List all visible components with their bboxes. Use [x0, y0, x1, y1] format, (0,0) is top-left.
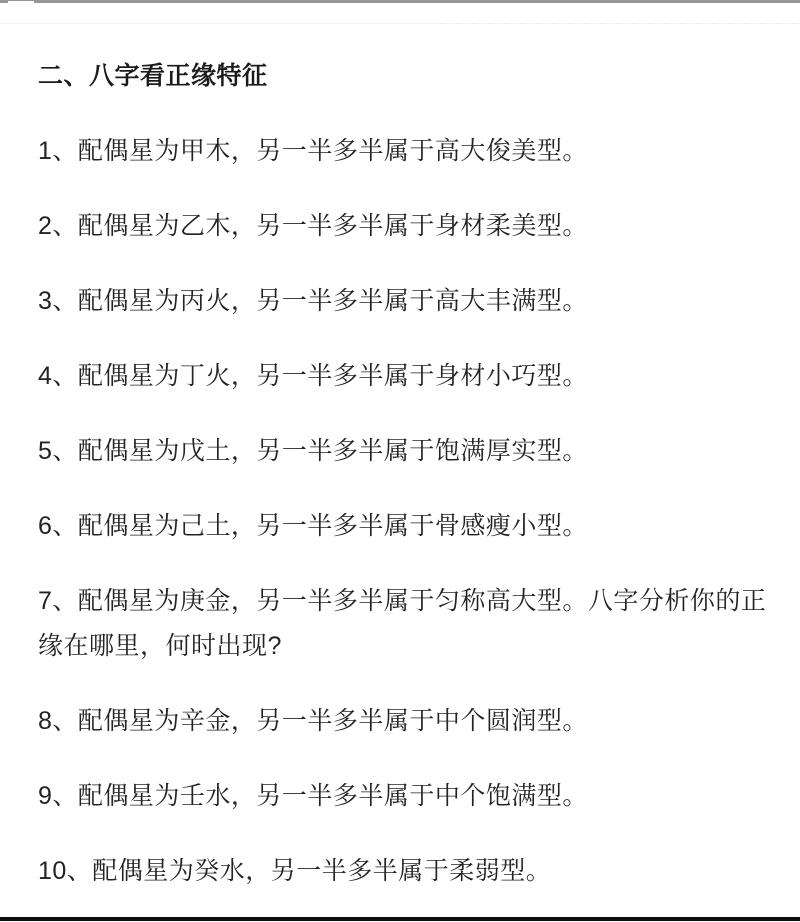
list-item-5: 5、配偶星为戊土，另一半多半属于饱满厚实型。: [38, 429, 783, 474]
list-item-6: 6、配偶星为己土，另一半多半属于骨感瘦小型。: [38, 504, 783, 549]
top-bar-notch: [8, 1, 34, 3]
section-heading: 二、八字看正缘特征: [38, 54, 783, 99]
list-item-4: 4、配偶星为丁火，另一半多半属于身材小巧型。: [38, 354, 783, 399]
top-status-bar: [0, 0, 800, 3]
list-item-1: 1、配偶星为甲木，另一半多半属于高大俊美型。: [38, 129, 783, 174]
list-item-10: 10、配偶星为癸水，另一半多半属于柔弱型。: [38, 849, 783, 894]
bottom-bar: [0, 917, 800, 921]
list-item-9: 9、配偶星为壬水，另一半多半属于中个饱满型。: [38, 774, 783, 819]
header-divider-dots: [440, 23, 800, 24]
list-item-3: 3、配偶星为丙火，另一半多半属于高大丰满型。: [38, 279, 783, 324]
list-item-2: 2、配偶星为乙木，另一半多半属于身材柔美型。: [38, 204, 783, 249]
document-page: { "page": { "background_color": "#ffffff…: [0, 0, 800, 922]
article-body: 二、八字看正缘特征 1、配偶星为甲木，另一半多半属于高大俊美型。 2、配偶星为乙…: [38, 54, 783, 922]
list-item-7: 7、配偶星为庚金，另一半多半属于匀称高大型。八字分析你的正缘在哪里，何时出现?: [38, 579, 783, 669]
list-item-8: 8、配偶星为辛金，另一半多半属于中个圆润型。: [38, 699, 783, 744]
